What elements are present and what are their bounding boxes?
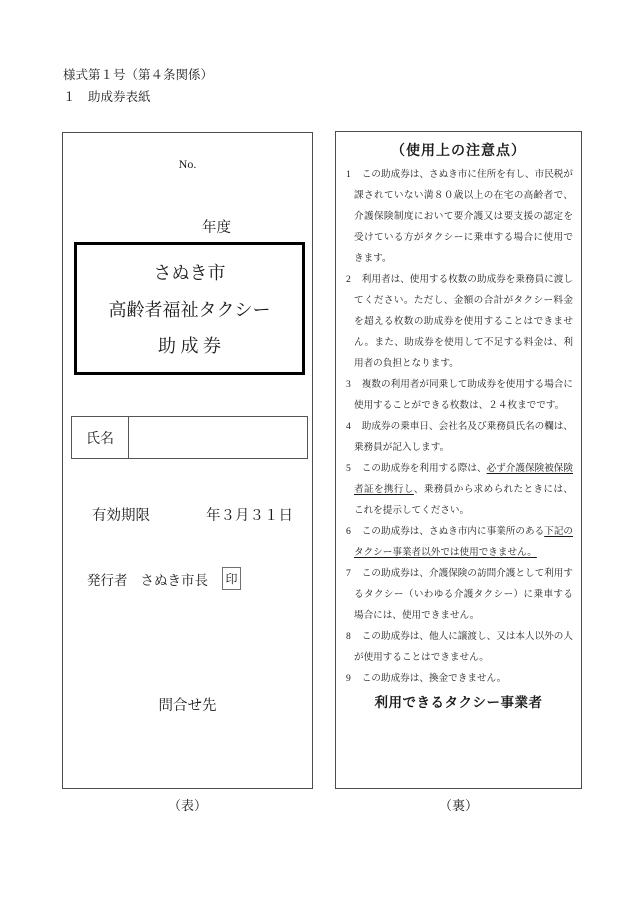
- note-text: この助成券は、さぬき市に住所を有し、市民税が課されていない満８０歳以上の在宅の高…: [354, 169, 573, 264]
- seal-placeholder-box: 印: [222, 567, 241, 590]
- issuer-row: 発行者 さぬき市長 印: [63, 567, 312, 590]
- available-taxi-providers-heading: 利用できるタクシー事業者: [336, 691, 581, 711]
- fiscal-year-label: 年度: [63, 216, 312, 237]
- voucher-title-box: さぬき市 高齢者福祉タクシー 助 成 券: [74, 242, 305, 375]
- note-number: 3: [346, 379, 351, 390]
- voucher-title-city: さぬき市: [154, 259, 226, 285]
- name-field-table: 氏名: [71, 416, 308, 459]
- note-number: 8: [346, 631, 351, 642]
- usage-note-item: 7この助成券は、介護保険の訪問介護として利用するタクシー（いわゆる介護タクシー）…: [346, 563, 573, 626]
- form-title-line: １ 助成券表紙: [63, 86, 213, 108]
- voucher-back-card: （使用上の注意点） 1この助成券は、さぬき市に住所を有し、市民税が課されていない…: [335, 131, 582, 789]
- usage-notes-list: 1この助成券は、さぬき市に住所を有し、市民税が課されていない満８０歳以上の在宅の…: [346, 164, 573, 689]
- note-number: 7: [346, 568, 351, 579]
- note-number: 5: [346, 463, 351, 474]
- note-number: 4: [346, 421, 351, 432]
- voucher-title-program: 高齢者福祉タクシー: [109, 296, 271, 322]
- voucher-front-card: No. 年度 さぬき市 高齢者福祉タクシー 助 成 券 氏名 有効期限 年３月３…: [62, 132, 313, 789]
- form-number-line: 様式第１号（第４条関係）: [63, 64, 213, 86]
- note-text: 利用者は、使用する枚数の助成券を乗務員に渡してください。ただし、金額の合計がタク…: [354, 274, 573, 369]
- note-text: この助成券は、さぬき市内に事業所のある: [362, 526, 544, 537]
- voucher-number-label: No.: [63, 157, 312, 172]
- note-text: この助成券は、換金できません。: [362, 673, 506, 684]
- expiry-value: 年３月３１日: [206, 504, 293, 525]
- usage-notes-title: （使用上の注意点）: [336, 140, 581, 160]
- note-text: この助成券は、他人に譲渡し、又は本人以外の人が使用することはできません。: [354, 631, 573, 663]
- usage-note-item: 5この助成券を利用する際は、必ず介護保険被保険者証を携行し、乗務員から求められた…: [346, 458, 573, 521]
- usage-note-item: 3複数の利用者が同乗して助成券を使用する場合に使用することができる枚数は、２４枚…: [346, 374, 573, 416]
- note-text: 助成券の乗車日、会社名及び乗務員氏名の欄は、乗務員が記入します。: [354, 421, 573, 453]
- usage-note-item: 8この助成券は、他人に譲渡し、又は本人以外の人が使用することはできません。: [346, 626, 573, 668]
- usage-note-item: 4助成券の乗車日、会社名及び乗務員氏名の欄は、乗務員が記入します。: [346, 416, 573, 458]
- front-side-caption: （表）: [62, 795, 313, 814]
- note-number: 6: [346, 526, 351, 537]
- usage-note-item: 2利用者は、使用する枚数の助成券を乗務員に渡してください。ただし、金額の合計がタ…: [346, 269, 573, 374]
- form-header: 様式第１号（第４条関係） １ 助成券表紙: [63, 64, 213, 108]
- usage-note-item: 9この助成券は、換金できません。: [346, 668, 573, 689]
- expiry-row: 有効期限 年３月３１日: [63, 504, 312, 525]
- voucher-title-ticket: 助 成 券: [158, 332, 221, 358]
- note-text: この助成券を利用する際は、: [362, 463, 487, 474]
- note-number: 9: [346, 673, 351, 684]
- name-field-value: [129, 417, 307, 458]
- note-text: この助成券は、介護保険の訪問介護として利用するタクシー（いわゆる介護タクシー）に…: [354, 568, 573, 621]
- note-number: 1: [346, 169, 351, 180]
- issuer-label: 発行者: [87, 569, 128, 589]
- note-number: 2: [346, 274, 351, 285]
- contact-label: 問合せ先: [63, 694, 312, 715]
- note-text: 複数の利用者が同乗して助成券を使用する場合に使用することができる枚数は、２４枚ま…: [354, 379, 573, 411]
- issuer-value: さぬき市長: [141, 569, 209, 589]
- document-page: 様式第１号（第４条関係） １ 助成券表紙 No. 年度 さぬき市 高齢者福祉タク…: [0, 0, 630, 903]
- usage-note-item: 6この助成券は、さぬき市内に事業所のある下記のタクシー事業者以外では使用できませ…: [346, 521, 573, 563]
- back-side-caption: （裏）: [335, 795, 582, 814]
- usage-note-item: 1この助成券は、さぬき市に住所を有し、市民税が課されていない満８０歳以上の在宅の…: [346, 164, 573, 269]
- name-field-label: 氏名: [72, 417, 129, 458]
- expiry-label: 有効期限: [92, 504, 150, 525]
